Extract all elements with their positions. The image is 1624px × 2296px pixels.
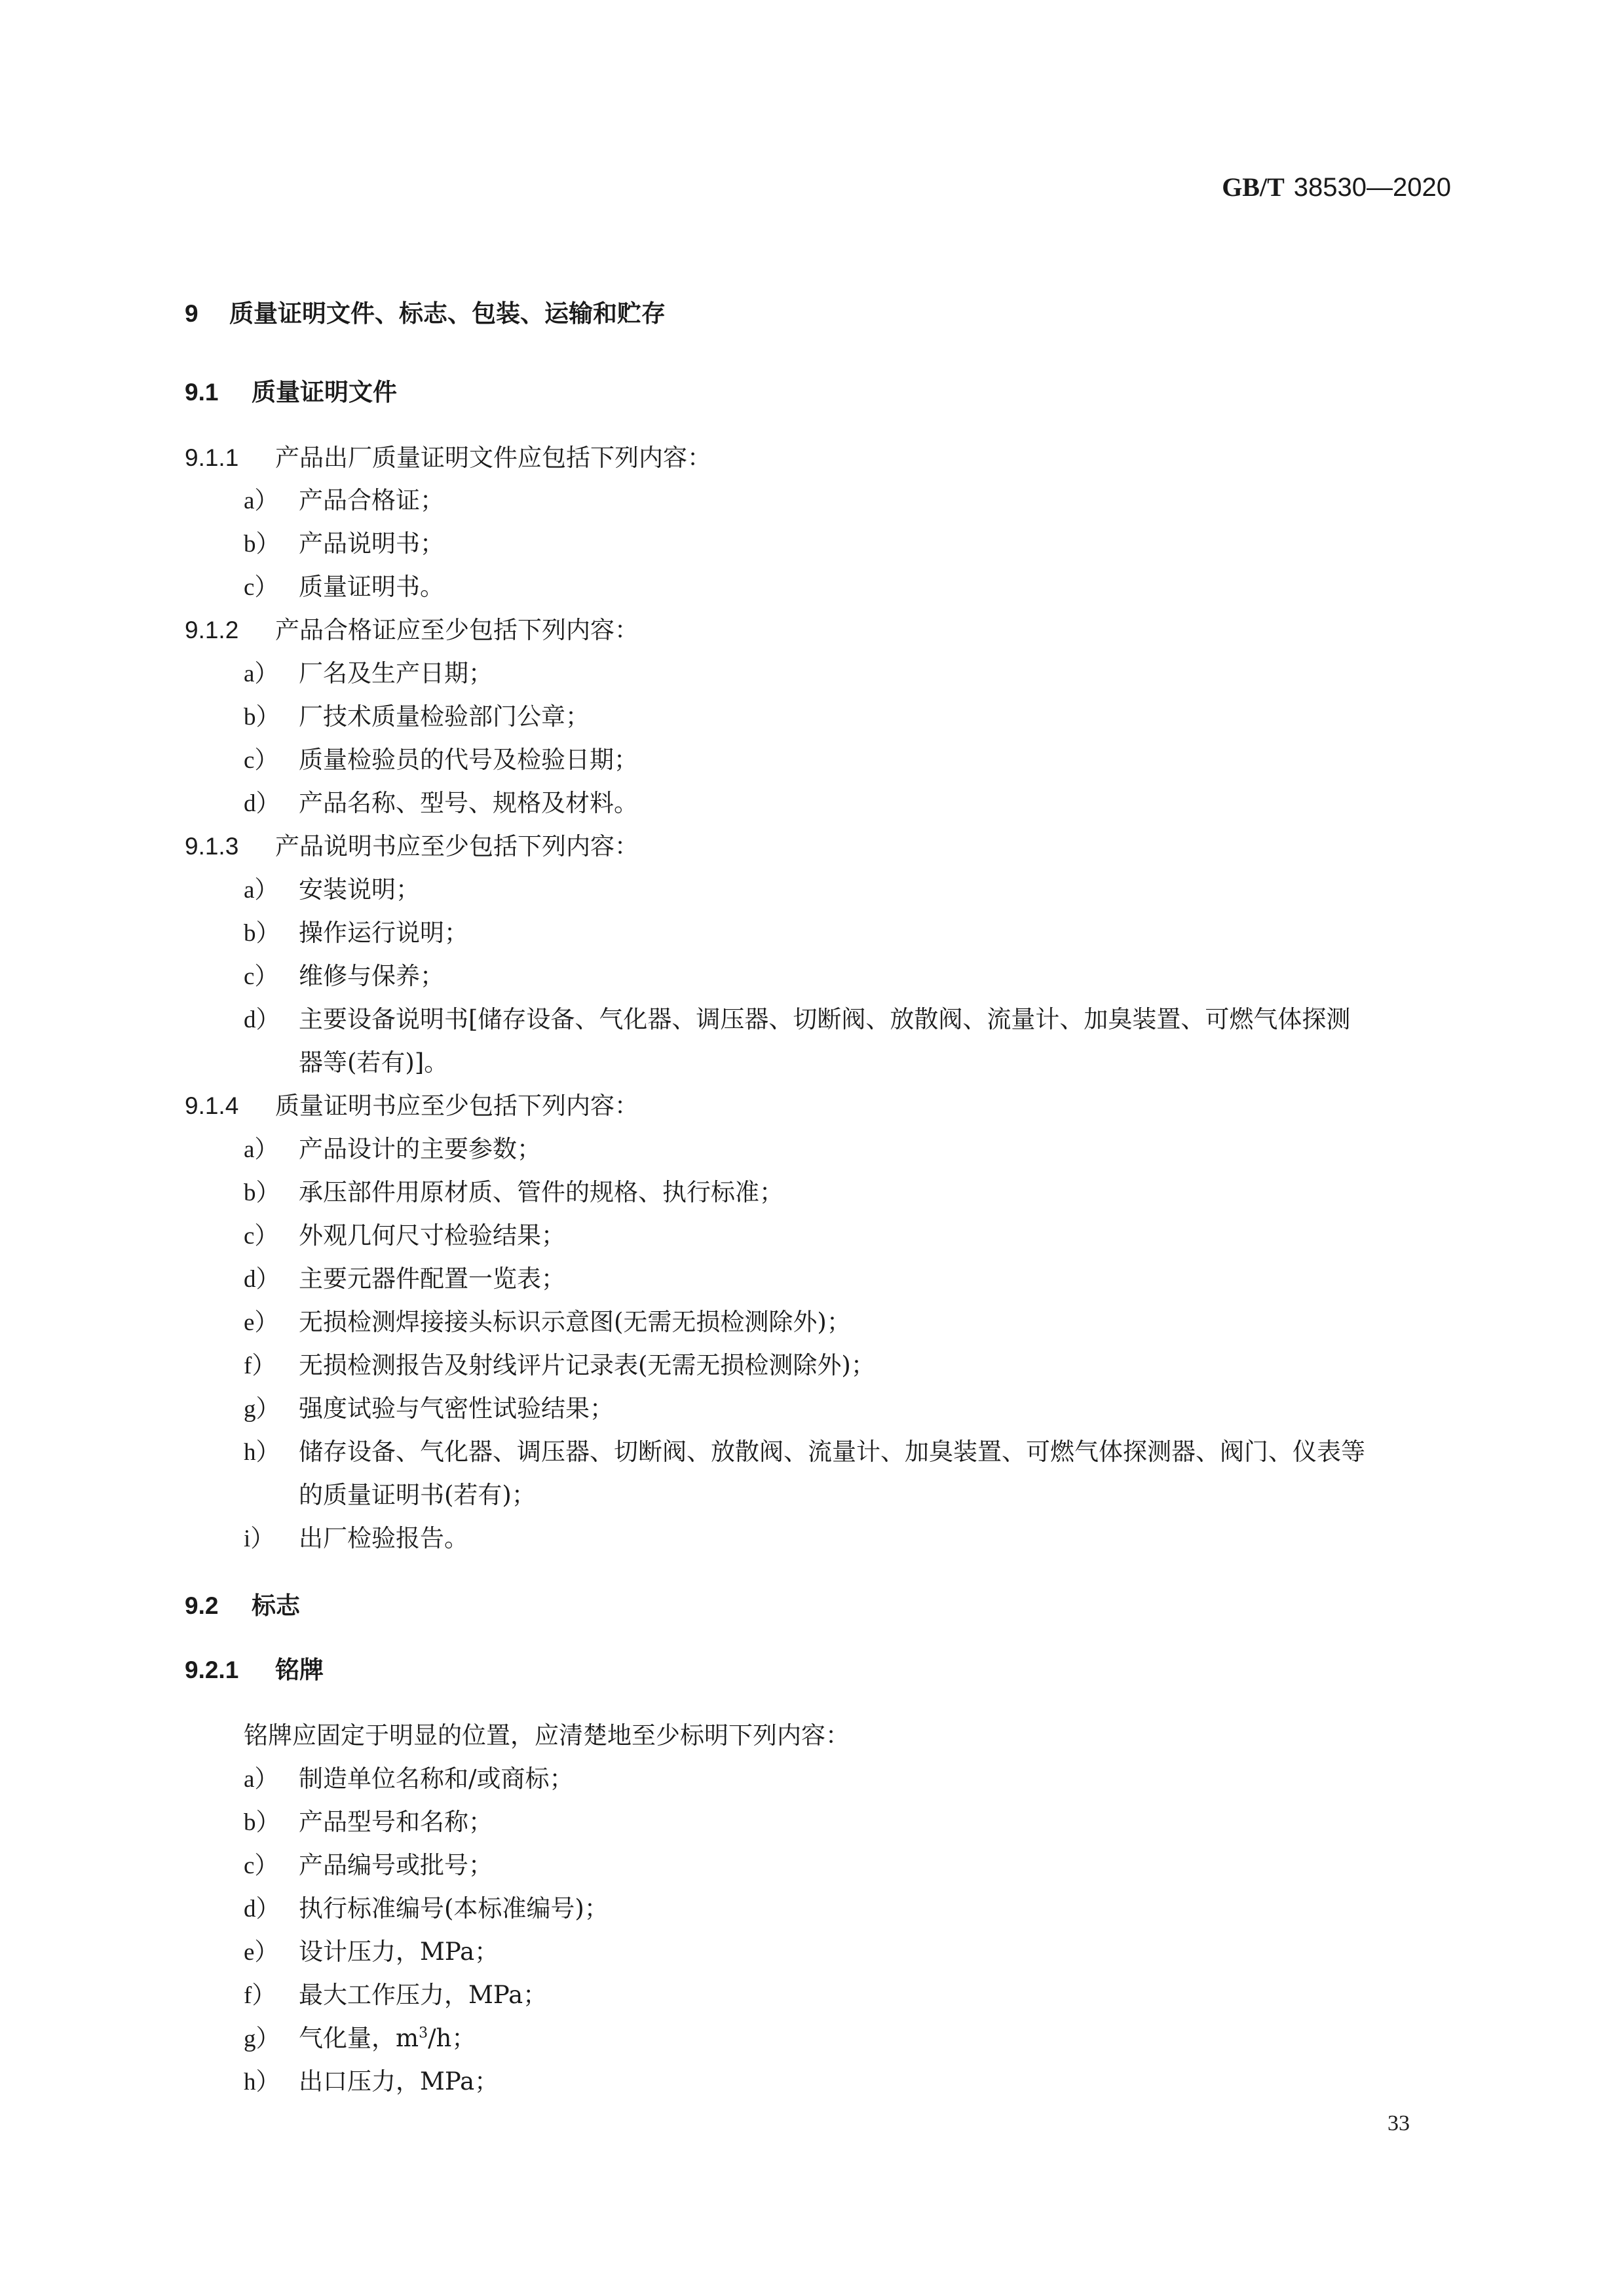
- clause-number: 9.1.3: [185, 833, 275, 860]
- section-number: 9.1: [185, 379, 252, 406]
- section-title: 质量证明文件: [252, 378, 397, 406]
- section-title: 铭牌: [275, 1656, 324, 1684]
- clause-number: 9.1.1: [185, 444, 275, 472]
- clause-9-1-3: 9.1.3产品说明书应至少包括下列内容：: [185, 826, 639, 862]
- superscript: 3: [419, 2025, 428, 2042]
- list-item: g）强度试验与气密性试验结果；: [244, 1388, 614, 1424]
- list-item: b）承压部件用原材质、管件的规格、执行标准；: [244, 1172, 784, 1208]
- clause-9-1-4: 9.1.4质量证明书应至少包括下列内容：: [185, 1086, 639, 1121]
- list-item-continuation: 器等(若有)]。: [299, 1043, 448, 1078]
- list-item: b）操作运行说明；: [244, 913, 468, 948]
- standard-number: 38530—2020: [1294, 173, 1451, 202]
- list-item: a）制造单位名称和/或商标；: [244, 1759, 573, 1794]
- clause-number: 9.1.2: [185, 617, 275, 644]
- section-heading-9-1: 9.1质量证明文件: [185, 372, 397, 408]
- list-item: a）安装说明；: [244, 870, 420, 905]
- standard-prefix: GB/T: [1222, 172, 1285, 202]
- clause-text: 产品出厂质量证明文件应包括下列内容：: [275, 444, 711, 472]
- list-item: b）厂技术质量检验部门公章；: [244, 697, 590, 732]
- list-item-continuation: 的质量证明书(若有)；: [299, 1475, 536, 1510]
- list-item: a）产品设计的主要参数；: [244, 1129, 541, 1164]
- section-heading-9: 9质量证明文件、标志、包装、运输和贮存: [185, 294, 666, 329]
- list-item: f）最大工作压力，MPa；: [244, 1975, 547, 2010]
- section-heading-9-2-1: 9.2.1铭牌: [185, 1650, 324, 1685]
- list-item: h）出口压力，MPa；: [244, 2061, 499, 2097]
- list-item: a）产品合格证；: [244, 480, 444, 516]
- page-number: 33: [1388, 2111, 1410, 2136]
- section-number: 9.2: [185, 1592, 252, 1620]
- clause-9-1-1: 9.1.1产品出厂质量证明文件应包括下列内容：: [185, 438, 711, 473]
- clause-number: 9.1.4: [185, 1092, 275, 1120]
- list-item: b）产品说明书；: [244, 524, 444, 559]
- list-item: a）厂名及生产日期；: [244, 653, 493, 689]
- standard-code: GB/T38530—2020: [1222, 172, 1451, 202]
- list-item: d）产品名称、型号、规格及材料。: [244, 783, 638, 818]
- list-item: b）产品型号和名称；: [244, 1802, 493, 1837]
- section-number: 9: [185, 300, 229, 328]
- clause-text: 产品说明书应至少包括下列内容：: [275, 832, 639, 860]
- clause-text: 产品合格证应至少包括下列内容：: [275, 616, 639, 644]
- list-item: c）质量检验员的代号及检验日期；: [244, 740, 638, 775]
- list-item: c）质量证明书。: [244, 567, 444, 602]
- list-item: f）无损检测报告及射线评片记录表(无需无损检测除外)；: [244, 1345, 875, 1381]
- list-item: d）主要设备说明书[储存设备、气化器、调压器、切断阀、放散阀、流量计、加臭装置、…: [244, 999, 1350, 1035]
- list-item: h）储存设备、气化器、调压器、切断阀、放散阀、流量计、加臭装置、可燃气体探测器、…: [244, 1432, 1365, 1467]
- section-number: 9.2.1: [185, 1656, 275, 1684]
- list-item: d）主要元器件配置一览表；: [244, 1259, 565, 1294]
- list-item: d）执行标准编号(本标准编号)；: [244, 1888, 609, 1924]
- list-item: c）产品编号或批号；: [244, 1845, 493, 1881]
- clause-9-1-2: 9.1.2产品合格证应至少包括下列内容：: [185, 610, 639, 645]
- list-item: e）设计压力，MPa；: [244, 1932, 499, 1967]
- paragraph: 铭牌应固定于明显的位置，应清楚地至少标明下列内容：: [244, 1715, 850, 1751]
- section-heading-9-2: 9.2标志: [185, 1586, 300, 1621]
- list-item: c）维修与保养；: [244, 956, 444, 991]
- list-item: g）气化量，m3/h；: [244, 2018, 476, 2054]
- list-item: e）无损检测焊接接头标识示意图(无需无损检测除外)；: [244, 1302, 851, 1337]
- list-item: c）外观几何尺寸检验结果；: [244, 1215, 565, 1251]
- clause-text: 质量证明书应至少包括下列内容：: [275, 1092, 639, 1120]
- section-title: 质量证明文件、标志、包装、运输和贮存: [229, 299, 666, 328]
- list-item: i）出厂检验报告。: [244, 1518, 468, 1554]
- section-title: 标志: [252, 1592, 300, 1620]
